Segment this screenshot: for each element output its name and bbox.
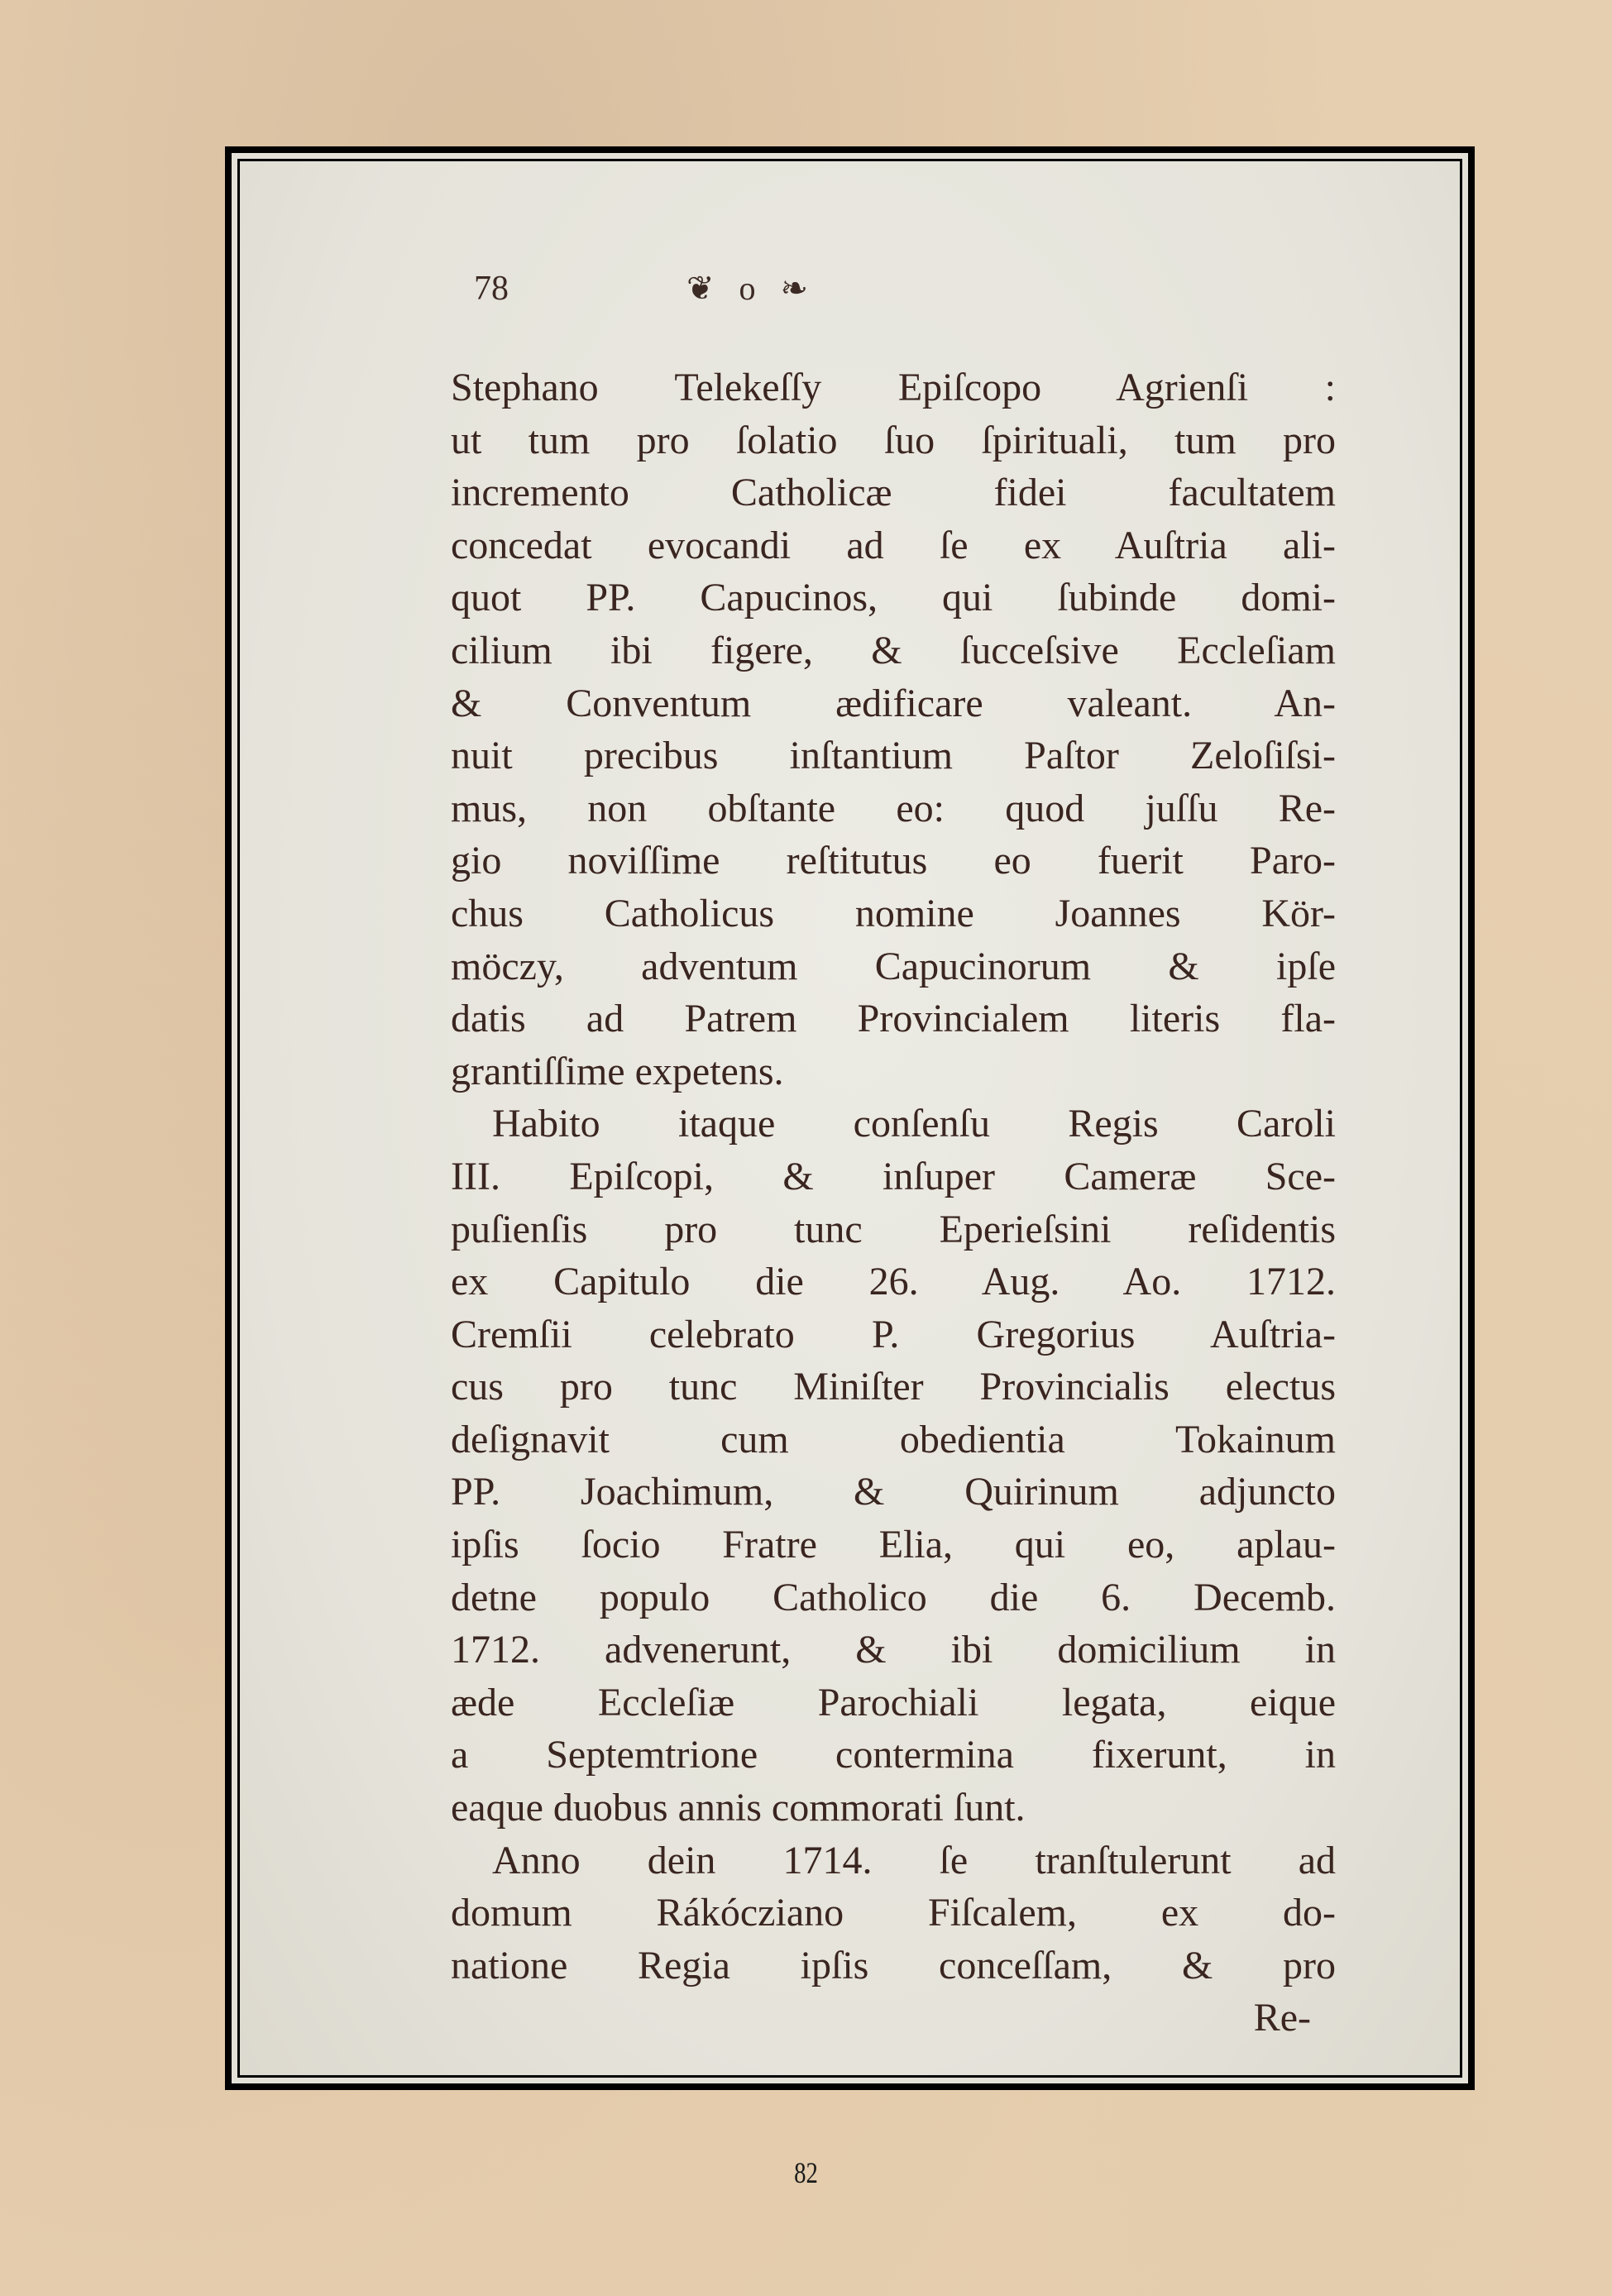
text-line: deſignavit cum obedientia Tokainum bbox=[451, 1413, 1336, 1466]
text-line: PP. Joachimum, & Quirinum adjuncto bbox=[451, 1466, 1336, 1519]
text-line: Habito itaque conſenſu Regis Caroli bbox=[451, 1098, 1336, 1150]
text-line: detne populo Catholico die 6. Decemb. bbox=[451, 1571, 1336, 1624]
text-line: möczy, adventum Capucinorum & ipſe bbox=[451, 940, 1336, 993]
original-page-number: 78 bbox=[474, 269, 509, 309]
text-line: ut tum pro ſolatio ſuo ſpirituali, tum p… bbox=[451, 414, 1336, 467]
text-line: concedat evocandi ad ſe ex Auſtria ali- bbox=[451, 519, 1336, 572]
text-line: & Conventum ædificare valeant. An- bbox=[451, 677, 1336, 730]
text-line: mus, non obſtante eo: quod juſſu Re- bbox=[451, 782, 1336, 835]
text-line: Cremſii celebrato P. Gregorius Auſtria- bbox=[451, 1308, 1336, 1361]
text-line: Re- bbox=[451, 1992, 1336, 2045]
page-frame-gap: 78 ❦ o ❧ Stephano Telekeſſy Epiſcopo Agr… bbox=[232, 153, 1468, 2083]
text-line: 1712. advenerunt, & ibi domicilium in bbox=[451, 1624, 1336, 1677]
text-line: quot PP. Capucinos, qui ſubinde domi- bbox=[451, 572, 1336, 624]
page-frame-outer-border: 78 ❦ o ❧ Stephano Telekeſſy Epiſcopo Agr… bbox=[225, 146, 1475, 2090]
text-line: ex Capitulo die 26. Aug. Ao. 1712. bbox=[451, 1256, 1336, 1308]
text-line: domum Rákócziano Fiſcalem, ex do- bbox=[451, 1887, 1336, 1940]
text-line: puſienſis pro tunc Eperieſsini reſidenti… bbox=[451, 1203, 1336, 1256]
text-line: incremento Catholicæ fidei facultatem bbox=[451, 466, 1336, 519]
scanned-book-page: 78 ❦ o ❧ Stephano Telekeſſy Epiſcopo Agr… bbox=[240, 161, 1460, 2075]
text-line: natione Regia ipſis conceſſam, & pro bbox=[451, 1940, 1336, 1992]
text-line: grantiſſime expetens. bbox=[451, 1045, 1336, 1098]
text-line: gio noviſſime reſtitutus eo fuerit Paro- bbox=[451, 835, 1336, 887]
text-line: eaque duobus annis commorati ſunt. bbox=[451, 1782, 1336, 1834]
running-head: 78 ❦ o ❧ bbox=[240, 269, 1460, 318]
text-line: cilium ibi figere, & ſucceſsive Eccleſia… bbox=[451, 624, 1336, 677]
text-line: Anno dein 1714. ſe tranſtulerunt ad bbox=[451, 1834, 1336, 1887]
body-text: Stephano Telekeſſy Epiſcopo Agrienſi :ut… bbox=[451, 361, 1336, 2045]
page-number: 82 bbox=[161, 2155, 1451, 2190]
text-line: chus Catholicus nomine Joannes Kör- bbox=[451, 887, 1336, 940]
text-line: ipſis ſocio Fratre Elia, qui eo, aplau- bbox=[451, 1519, 1336, 1571]
text-line: Stephano Telekeſſy Epiſcopo Agrienſi : bbox=[451, 361, 1336, 414]
page-frame-inner-border: 78 ❦ o ❧ Stephano Telekeſſy Epiſcopo Agr… bbox=[237, 159, 1462, 2078]
text-line: nuit precibus inſtantium Paſtor Zeloſiſs… bbox=[451, 729, 1336, 782]
text-line: datis ad Patrem Provincialem literis fla… bbox=[451, 993, 1336, 1045]
text-line: III. Epiſcopi, & inſuper Cameræ Sce- bbox=[451, 1150, 1336, 1203]
fleuron-ornament-icon: ❦ o ❧ bbox=[686, 269, 816, 308]
text-line: æde Eccleſiæ Parochiali legata, eique bbox=[451, 1677, 1336, 1729]
text-line: a Septemtrione contermina fixerunt, in bbox=[451, 1729, 1336, 1782]
text-line: cus pro tunc Miniſter Provincialis elect… bbox=[451, 1361, 1336, 1413]
